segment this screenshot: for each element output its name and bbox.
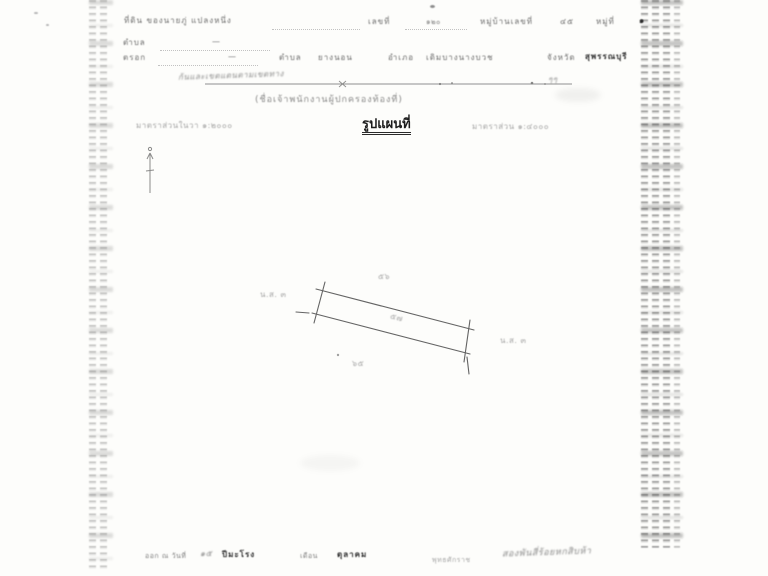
scale-current: มาตราส่วน ๑:๔๐๐๐	[472, 123, 549, 131]
scan-speck	[34, 12, 38, 14]
edge-text-clusters	[89, 0, 113, 572]
field-moo-value: ๑	[639, 17, 645, 25]
form-blank-line	[272, 28, 360, 30]
scan-stain	[555, 88, 601, 102]
field-number-label: เลขที่	[368, 18, 390, 26]
map-title: รูปแผนที่	[362, 118, 411, 135]
neighbor-parcel-left: น.ส. ๓	[260, 291, 286, 299]
form-blank-line	[160, 49, 270, 51]
parcel-top-length: ๕๖	[378, 273, 390, 281]
field-trok-value: —	[228, 53, 237, 61]
field-amphoe-label: อำเภอ	[388, 54, 414, 62]
field-moo-label: หมู่ที่	[596, 18, 615, 26]
field-province-value: สุพรรณบุรี	[585, 53, 628, 61]
issued-day-stamp: ปีมะโรง	[222, 551, 255, 559]
issued-era-label: พุทธศักราช	[432, 557, 471, 564]
field-tambon2-label: ตำบล	[279, 54, 302, 62]
right-edge-bleed-text-strip	[641, 0, 683, 548]
issued-month-stamp: ตุลาคม	[337, 551, 367, 559]
field-village-no-label: หมู่บ้านเลขที่	[480, 18, 533, 26]
scan-speck	[46, 24, 49, 26]
parcel-bottom-length: ๖๕	[352, 360, 364, 368]
field-tambon-label: ตำบล	[123, 39, 146, 47]
field-village-no-value: ๔๕	[560, 18, 574, 26]
boundary-handwritten-tail: ๆๆ	[548, 76, 558, 84]
scan-stain	[300, 455, 360, 471]
issued-month-label: เดือน	[300, 553, 318, 560]
field-amphoe-value: เดิมบางนางบวช	[426, 54, 494, 62]
field-tambon-value: —	[212, 38, 221, 46]
officials-parenthetical: (ชื่อเจ้าพนักงานผู้ปกครองท้องที่)	[255, 96, 403, 105]
field-number-value: ๑๒๐	[426, 19, 441, 26]
field-province-label: จังหวัด	[547, 54, 576, 62]
scan-speck	[430, 5, 435, 8]
field-tambon2-value: ยางนอน	[318, 54, 353, 62]
scale-original: มาตราส่วนในวา ๑:๒๐๐๐	[136, 122, 233, 130]
scanned-land-survey-page: { "header": { "line1_left": "ที่ดิน ของน…	[0, 0, 768, 576]
issued-prefix: ออก ณ วันที่	[145, 553, 186, 560]
form-blank-line	[158, 64, 258, 66]
field-trok-label: ตรอก	[123, 54, 146, 62]
header-land-description: ที่ดิน ของนายภู่ แปลงหนึ่ง	[124, 17, 232, 25]
issued-day-handwritten: ๑๕	[200, 550, 212, 558]
left-edge-bleed-text-strip	[89, 0, 113, 572]
form-blank-line	[405, 28, 467, 30]
neighbor-parcel-right: น.ส. ๓	[500, 337, 526, 345]
edge-text-clusters	[641, 0, 683, 548]
